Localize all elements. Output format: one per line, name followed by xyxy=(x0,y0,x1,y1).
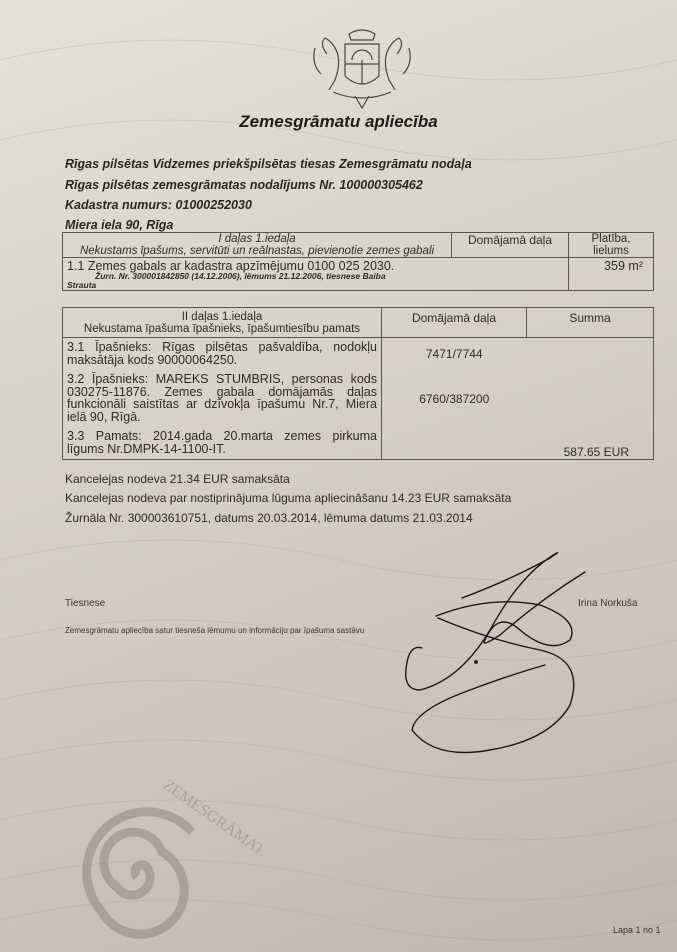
judge-label: Tiesnese xyxy=(65,598,105,609)
owner-sum xyxy=(527,338,654,371)
journal-line: Žurnāla Nr. 300003610751, datums 20.03.2… xyxy=(65,511,473,525)
latvia-coat-of-arms-icon xyxy=(297,24,427,110)
section2-heading: II daļas 1.iedaļa Nekustama īpašuma īpaš… xyxy=(63,308,382,338)
sum-column-header: Summa xyxy=(527,308,654,338)
table-row: 3.3 Pamats: 2014.gada 20.marta zemes pir… xyxy=(63,427,654,460)
share-column-header: Domājamā daļa xyxy=(382,308,527,338)
section1-description-label: Nekustams īpašums, servitūti un reālnast… xyxy=(67,245,447,257)
owner-entry-text: 3.2 Īpašnieks: MAREKS STUMBRIS, personas… xyxy=(63,370,382,427)
office-fee-line: Kancelejas nodeva 21.34 EUR samaksāta xyxy=(65,472,290,486)
basis-entry-text: 3.3 Pamats: 2014.gada 20.marta zemes pir… xyxy=(63,427,382,460)
owner-share: 6760/387200 xyxy=(382,370,527,427)
spiral-seal-icon: ZEMESGRĀMATA xyxy=(62,752,262,942)
section2-table: II daļas 1.iedaļa Nekustama īpašuma īpaš… xyxy=(62,307,654,460)
table-row: 3.2 Īpašnieks: MAREKS STUMBRIS, personas… xyxy=(63,370,654,427)
table-row: 3.1 Īpašnieks: Rīgas pilsētas pašvaldība… xyxy=(63,338,654,371)
certificate-footnote: Zemesgrāmatu apliecība satur tiesneša lē… xyxy=(65,626,364,635)
section1-part-label: I daļas 1.iedaļa xyxy=(67,233,447,245)
section1-header-row: I daļas 1.iedaļa Nekustams īpašums, serv… xyxy=(63,233,654,258)
section2-description-label: Nekustama īpašuma īpašnieks, īpašumtiesī… xyxy=(67,323,377,335)
basis-share xyxy=(382,427,527,460)
section1-table: I daļas 1.iedaļa Nekustams īpašums, serv… xyxy=(62,232,654,291)
owner-share: 7471/7744 xyxy=(382,338,527,371)
court-name: Rīgas pilsētas Vidzemes priekšpilsētas t… xyxy=(65,157,472,171)
area-column-header: Platība, lielums xyxy=(569,233,654,258)
land-register-division: Rīgas pilsētas zemesgrāmatas nodalījums … xyxy=(65,178,423,192)
owner-sum xyxy=(527,370,654,427)
property-address: Miera iela 90, Rīga xyxy=(65,218,173,232)
certification-fee-line: Kancelejas nodeva par nostiprinājuma lūg… xyxy=(65,491,511,505)
journal-reference-cont: Strauta xyxy=(67,280,96,290)
page-number: Lapa 1 no 1 xyxy=(613,925,661,935)
document-title: Zemesgrāmatu apliecība xyxy=(0,112,677,132)
land-parcel-entry: 1.1 Zemes gabals ar kadastra apzīmējumu … xyxy=(63,258,569,291)
purchase-sum: 587.65 EUR xyxy=(527,427,654,460)
share-column-header: Domājamā daļa xyxy=(452,233,569,258)
section2-header-row: II daļas 1.iedaļa Nekustama īpašuma īpaš… xyxy=(63,308,654,338)
section1-heading: I daļas 1.iedaļa Nekustams īpašums, serv… xyxy=(63,233,452,258)
section2-part-label: II daļas 1.iedaļa xyxy=(67,311,377,323)
land-area-value: 359 m² xyxy=(569,258,654,291)
handwritten-signature-icon xyxy=(380,540,620,770)
owner-entry-text: 3.1 Īpašnieks: Rīgas pilsētas pašvaldība… xyxy=(63,338,382,371)
table-row: 1.1 Zemes gabals ar kadastra apzīmējumu … xyxy=(63,258,654,291)
journal-reference: Žurn. Nr. 300001842850 (14.12.2006), lēm… xyxy=(67,272,564,281)
cadastre-number: Kadastra numurs: 01000252030 xyxy=(65,198,252,212)
